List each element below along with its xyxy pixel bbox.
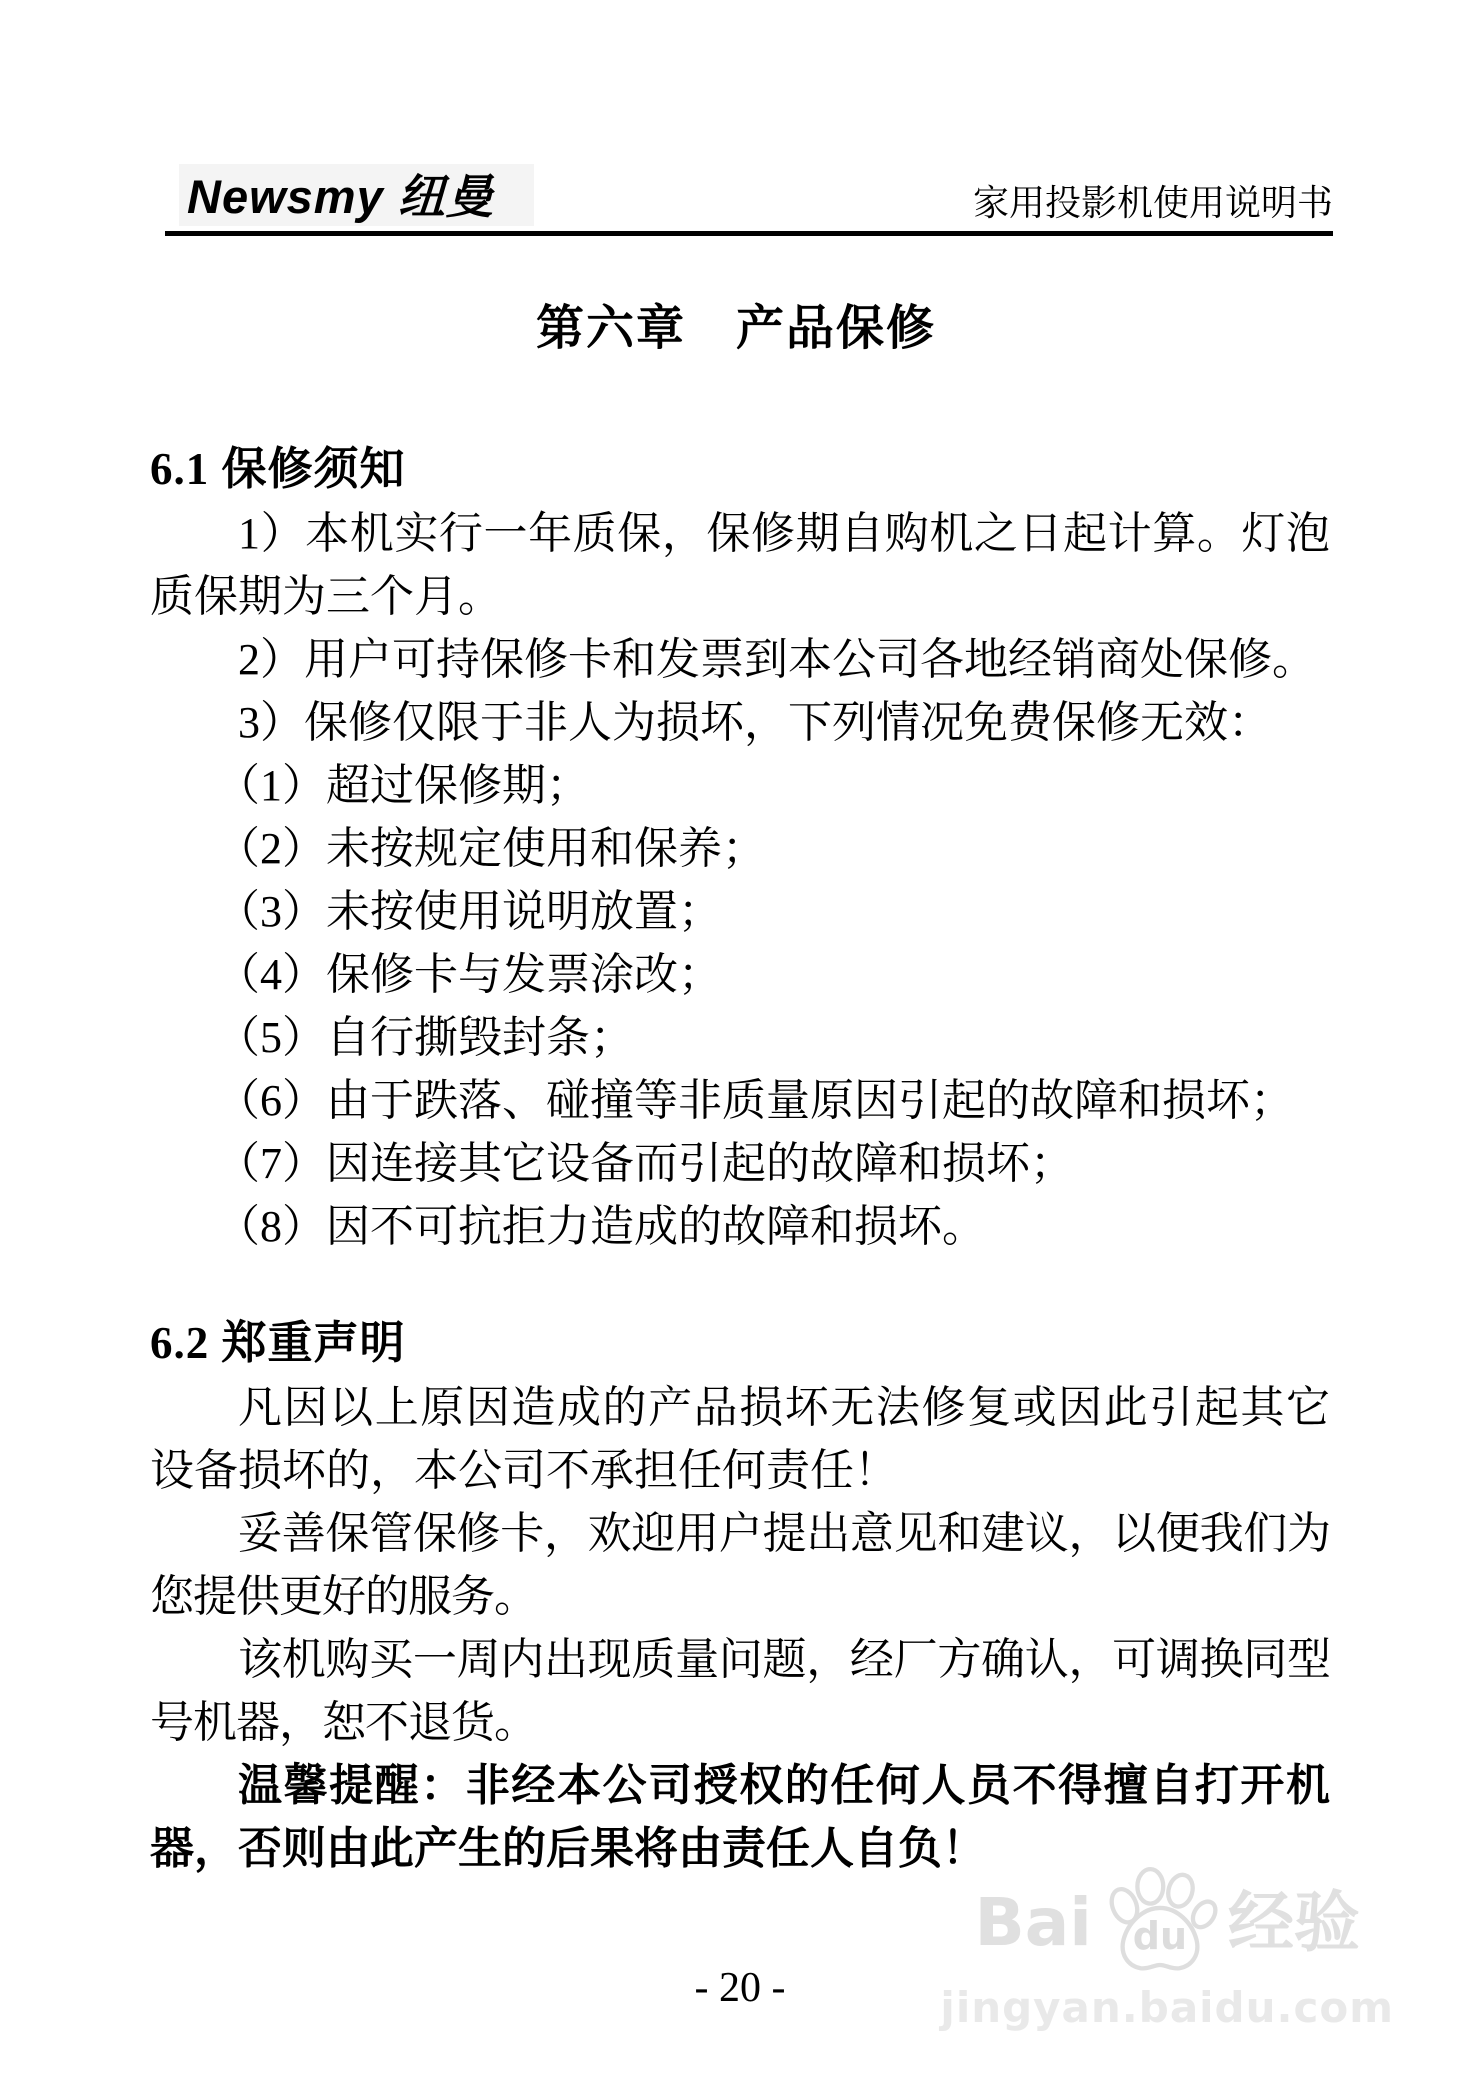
section-6-1-title: 保修须知 (222, 444, 406, 494)
paragraph-disclaimer: 凡因以上原因造成的产品损坏无法修复或因此引起其它设备损坏的，本公司不承担任何责任… (150, 1376, 1330, 1502)
list-item-5: （5）自行撕毁封条； (150, 1006, 1330, 1069)
section-6-2-number: 6.2 (150, 1318, 209, 1368)
section-6-2-title: 郑重声明 (222, 1318, 406, 1368)
page-header: Newsmy 纽曼 家用投影机使用说明书 (165, 0, 1333, 236)
manual-page: Newsmy 纽曼 家用投影机使用说明书 第六章 产品保修 6.1 保修须知 1… (0, 0, 1472, 2084)
list-item-4: （4）保修卡与发票涂改； (150, 943, 1330, 1006)
paragraph-exchange: 该机购买一周内出现质量问题，经厂方确认，可调换同型号机器，恕不退货。 (150, 1628, 1330, 1754)
paragraph-warranty-card: 2）用户可持保修卡和发票到本公司各地经销商处保修。 (150, 628, 1330, 691)
baidu-paw-icon: du (1100, 1867, 1220, 1979)
watermark-url: jingyan.baidu.com (940, 1983, 1394, 2032)
chapter-title: 第六章 产品保修 (0, 300, 1472, 358)
list-item-3: （3）未按使用说明放置； (150, 880, 1330, 943)
watermark-jingyan-text: 经验 (1228, 1890, 1360, 1956)
section-6-1-body: 1）本机实行一年质保，保修期自购机之日起计算。灯泡质保期为三个月。 2）用户可持… (150, 502, 1330, 1258)
section-6-1-heading: 6.1 保修须知 (150, 436, 1472, 502)
paragraph-warranty-term: 1）本机实行一年质保，保修期自购机之日起计算。灯泡质保期为三个月。 (150, 502, 1330, 628)
paragraph-warranty-scope: 3）保修仅限于非人为损坏，下列情况免费保修无效： (150, 691, 1330, 754)
section-6-2-body: 凡因以上原因造成的产品损坏无法修复或因此引起其它设备损坏的，本公司不承担任何责任… (150, 1376, 1330, 1880)
list-item-7: （7）因连接其它设备而引起的故障和损坏； (150, 1132, 1330, 1195)
baidu-jingyan-watermark: Bai du 经验 jingyan.baidu.com (940, 1867, 1394, 2032)
list-item-8: （8）因不可抗拒力造成的故障和损坏。 (150, 1195, 1330, 1258)
list-item-2: （2）未按规定使用和保养； (150, 817, 1330, 880)
watermark-brand-row: Bai du 经验 (940, 1867, 1394, 1979)
section-6-2-heading: 6.2 郑重声明 (150, 1310, 1472, 1376)
paragraph-warm-reminder: 温馨提醒：非经本公司授权的任何人员不得擅自打开机器，否则由此产生的后果将由责任人… (150, 1754, 1330, 1880)
watermark-bai-text: Bai (974, 1890, 1091, 1956)
list-item-1: （1）超过保修期； (150, 754, 1330, 817)
header-doc-title: 家用投影机使用说明书 (973, 181, 1333, 226)
newsmy-logo: Newsmy 纽曼 (179, 164, 534, 226)
section-6-1-number: 6.1 (150, 444, 209, 494)
watermark-du-text: du (1133, 1917, 1187, 1955)
paragraph-keep-card: 妥善保管保修卡，欢迎用户提出意见和建议，以便我们为您提供更好的服务。 (150, 1502, 1330, 1628)
list-item-6: （6）由于跌落、碰撞等非质量原因引起的故障和损坏； (150, 1069, 1330, 1132)
